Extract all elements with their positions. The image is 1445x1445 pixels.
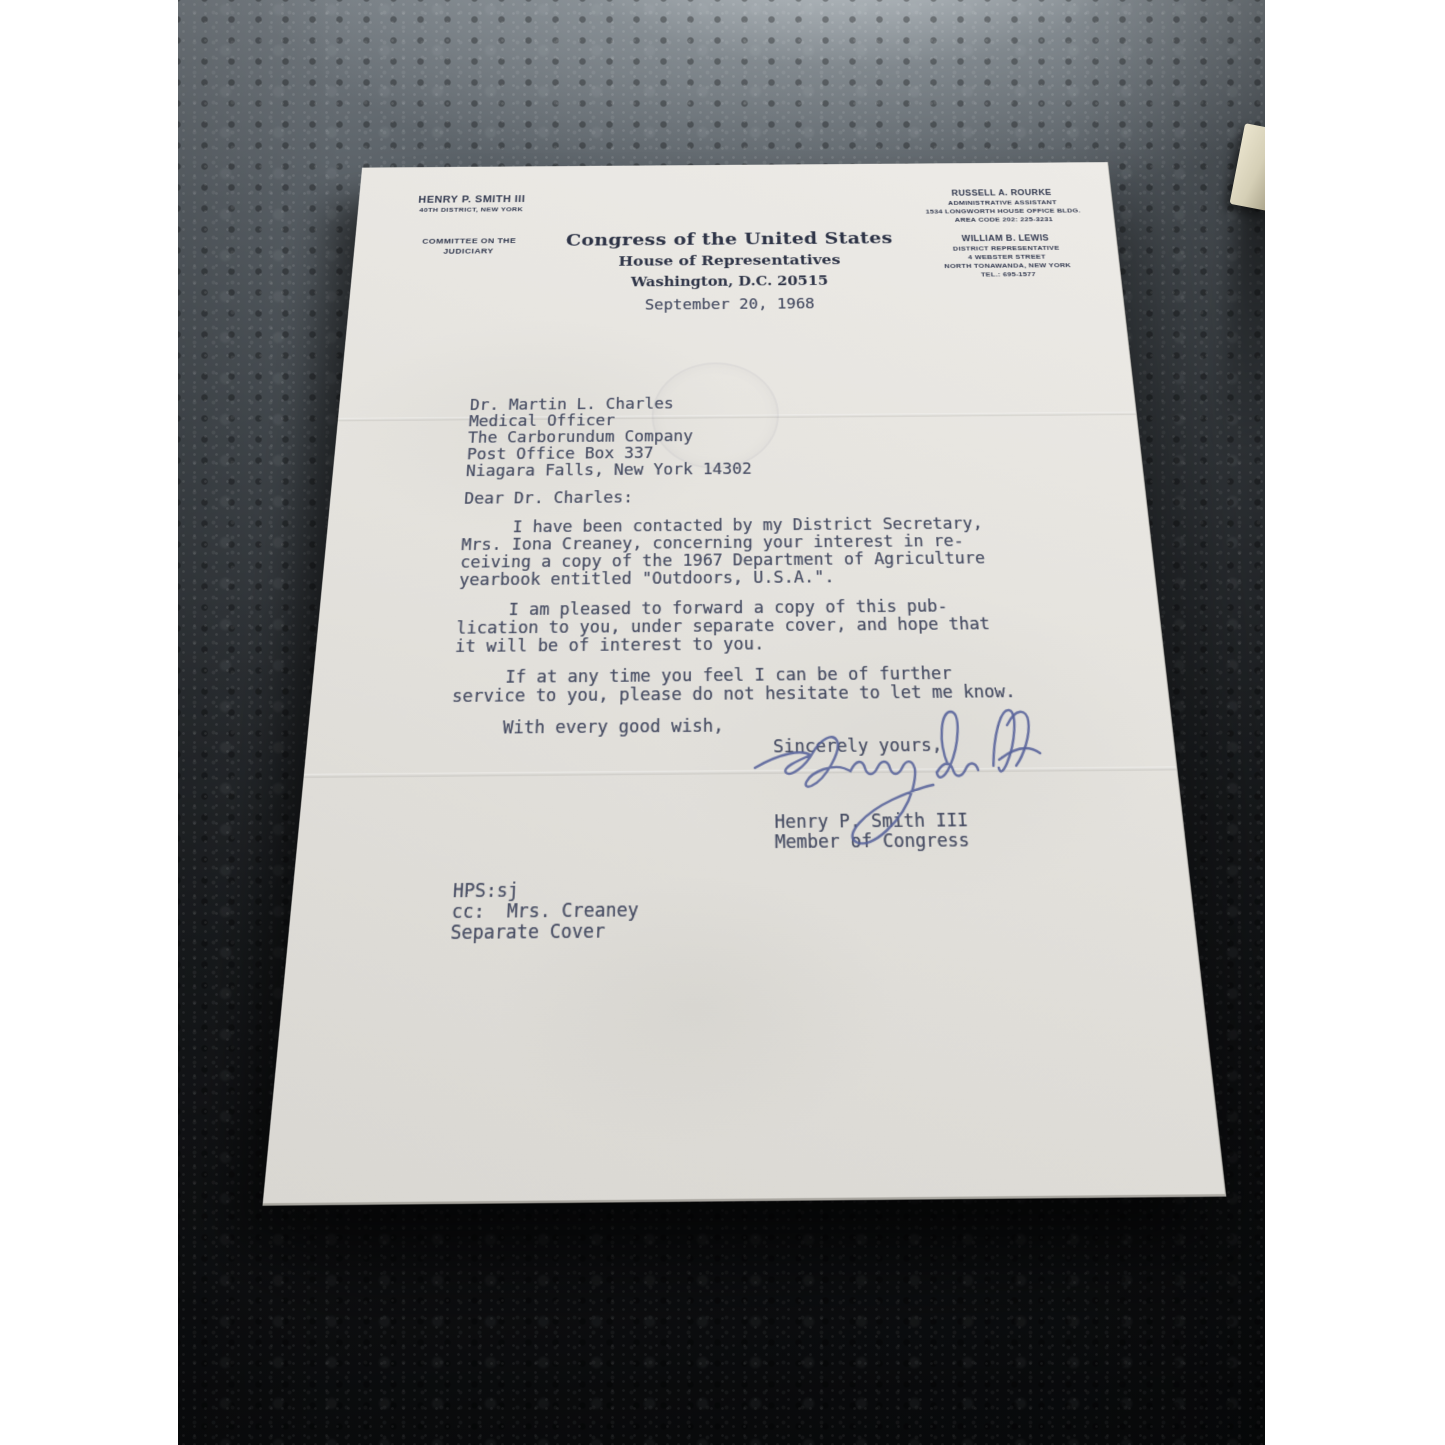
- granite-countertop-photo: HENRY P. SMITH III 40TH DISTRICT, NEW YO…: [178, 0, 1265, 1445]
- paragraph-1: I have been contacted by my District Sec…: [459, 515, 1055, 590]
- signature-block: Sincerely yours, Henry P. Smith III Memb…: [773, 736, 1092, 854]
- paragraph-2: I am pleased to forward a copy of this p…: [455, 597, 1061, 656]
- letter-document: HENRY P. SMITH III 40TH DISTRICT, NEW YO…: [263, 162, 1227, 1206]
- reference-block: HPS:sj cc: Mrs. Creaney Separate Cover: [450, 878, 883, 944]
- photo-canvas: HENRY P. SMITH III 40TH DISTRICT, NEW YO…: [0, 0, 1445, 1445]
- date-line: September 20, 1968: [348, 294, 1111, 316]
- assistant-details: ADMINISTRATIVE ASSISTANT 1534 LONGWORTH …: [913, 198, 1095, 225]
- paper-corner-object: [1230, 123, 1265, 211]
- recipient-address: Dr. Martin L. Charles Medical Officer Th…: [465, 394, 1044, 481]
- representative-details: DISTRICT REPRESENTATIVE 4 WEBSTER STREET…: [915, 243, 1100, 279]
- signer-title: Member of Congress: [775, 830, 1093, 853]
- valediction: Sincerely yours,: [773, 736, 1084, 758]
- letter-body: Dear Dr. Charles: I have been contacted …: [449, 487, 1067, 739]
- letterhead-staff-block: RUSSELL A. ROURKE ADMINISTRATIVE ASSISTA…: [912, 188, 1100, 280]
- member-district: 40TH DISTRICT, NEW YORK: [390, 205, 552, 215]
- paragraph-3: If at any time you feel I can be of furt…: [451, 664, 1064, 707]
- closing-phrase: With every good wish,: [449, 715, 1067, 739]
- salutation: Dear Dr. Charles:: [464, 487, 1047, 509]
